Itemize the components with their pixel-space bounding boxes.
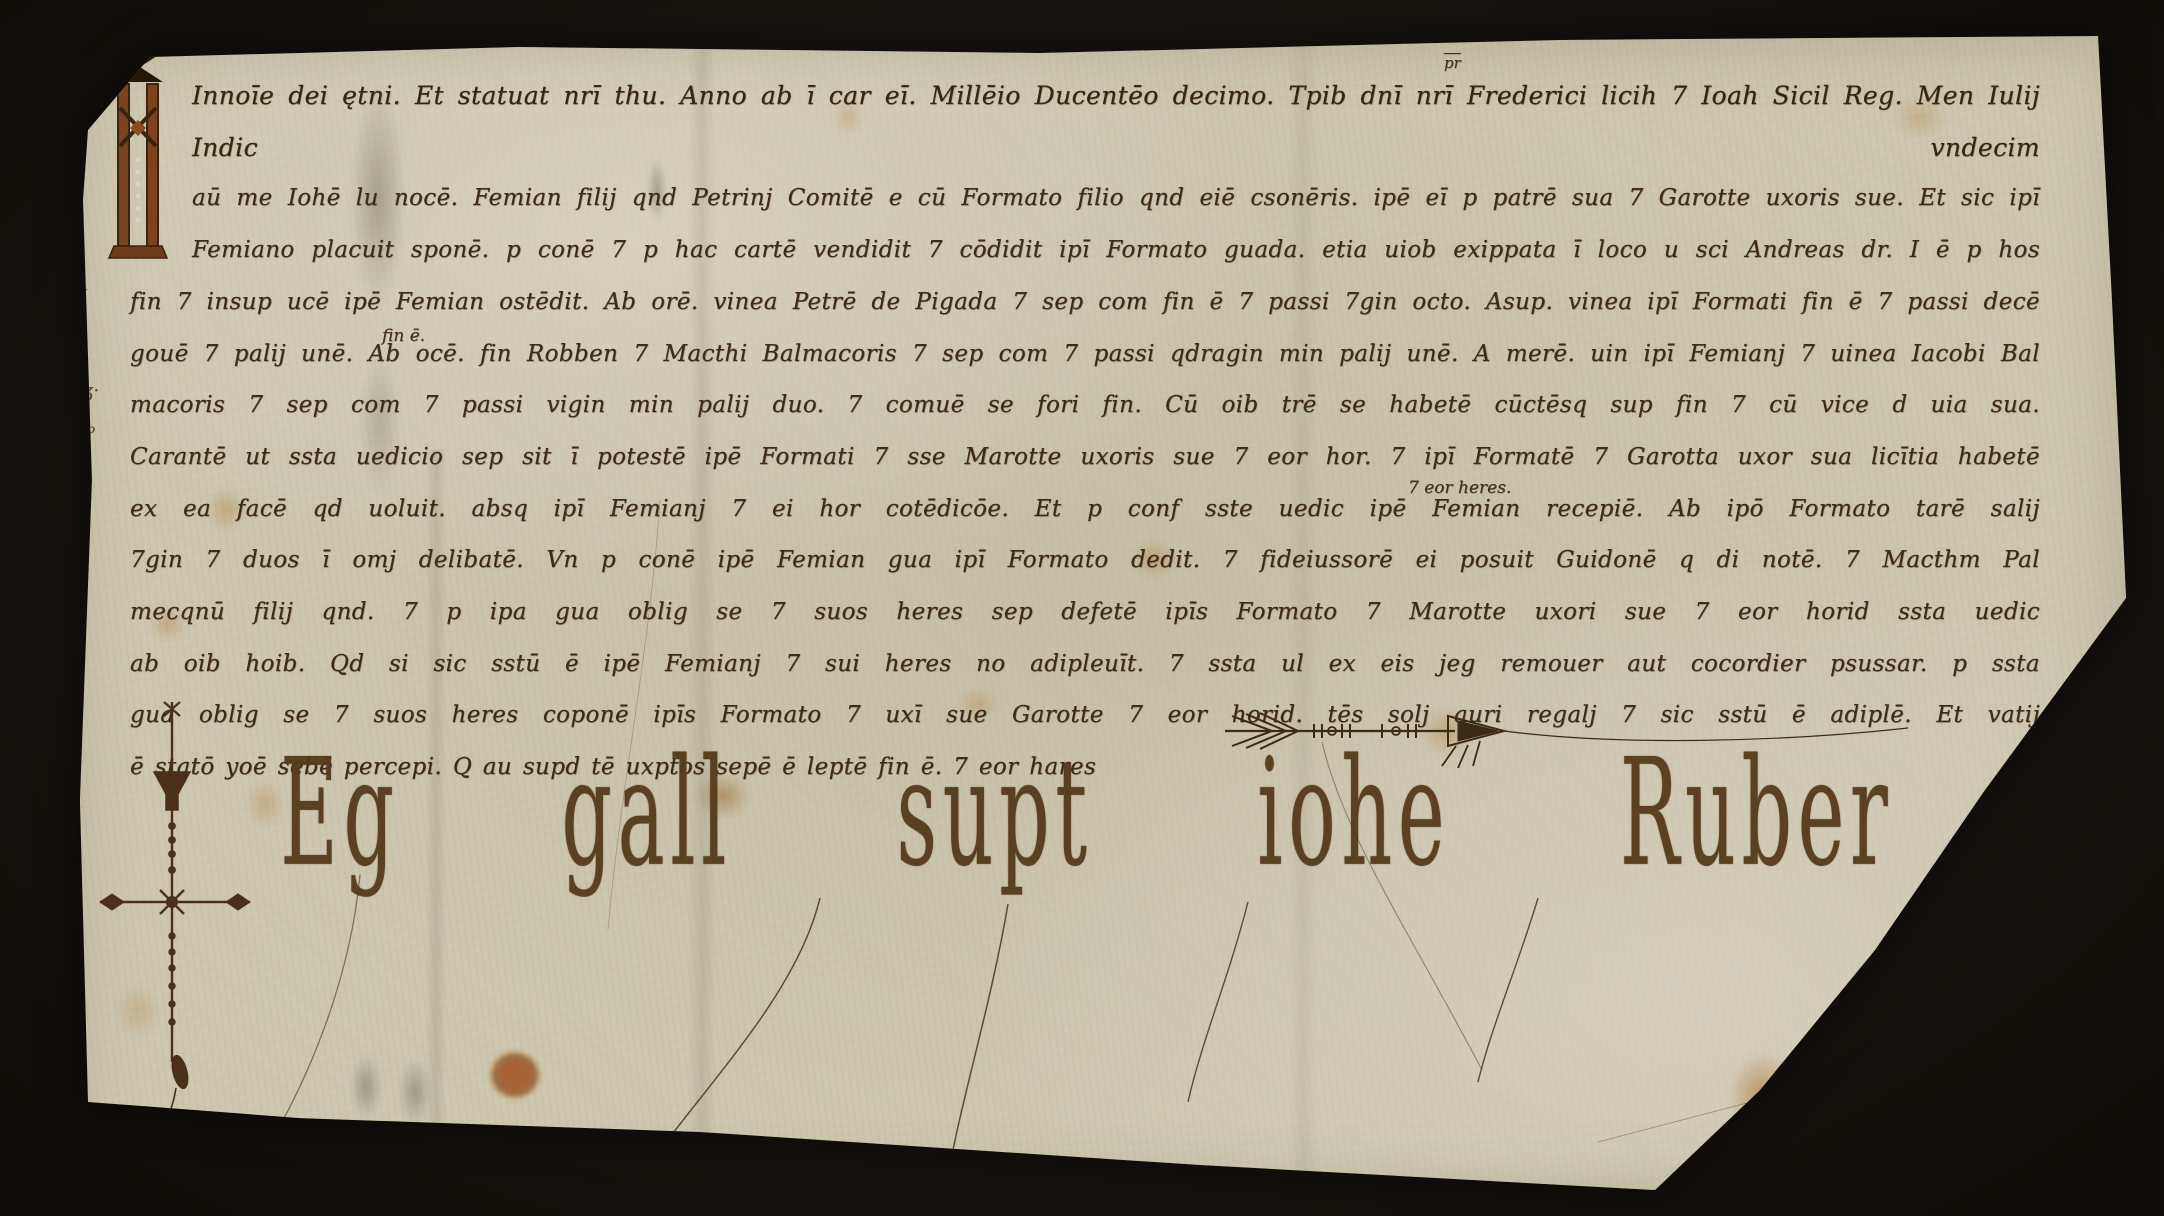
manuscript-line: ex ea facē qd uoluit. absq ipī Femianj 7…: [130, 484, 2040, 536]
manuscript-line: Carantē ut ssta uedicio sep sit ī potest…: [130, 432, 2040, 484]
stain-mark: [1746, 1130, 1790, 1172]
subscription-word: gall: [561, 728, 732, 900]
initial-spacer: [130, 70, 192, 272]
subscription-word: supt: [896, 728, 1092, 900]
marginalia-mark: ʒ: [76, 280, 87, 304]
subscription-word: Eg: [280, 728, 399, 900]
manuscript-line: ab oib hoib. Qd si sic sstū ē ipē Femian…: [130, 639, 2040, 691]
manuscript-line: 7gin 7 duos ī omj delibatē. Vn p conē ip…: [130, 535, 2040, 587]
charter-text: Innoīe dei ętni. Et statuat nrī thu. Ann…: [130, 70, 2040, 794]
manuscript-line: aū me Iohē lu nocē. Femian filij qnd Pet…: [130, 173, 2040, 225]
marginalia-mark: ?: [86, 424, 95, 444]
marginalia-mark: ſt: [66, 91, 86, 118]
interlinear-note: pr: [1444, 54, 1461, 72]
interlinear-note: 7 eor heres.: [1408, 478, 1511, 498]
manuscript-line: mecqnū filij qnd. 7 p ipa gua oblig se 7…: [130, 587, 2040, 639]
manuscript-line: fin 7 insup ucē ipē Femian ostēdit. Ab o…: [130, 277, 2040, 329]
marginalia-mark: ʒ·: [82, 378, 100, 402]
manuscript-line: macoris 7 sep com 7 passi vigin min pali…: [130, 380, 2040, 432]
notary-subscription: Eg gall supt iohe Ruber: [275, 728, 1905, 913]
interlinear-note: fin ē.: [382, 326, 425, 346]
subscription-word: Ruber: [1620, 728, 1893, 900]
subscription-word: iohe: [1258, 728, 1451, 900]
manuscript-line: Innoīe dei ętni. Et statuat nrī thu. Ann…: [130, 70, 2040, 173]
parchment-charter: Innoīe dei ętni. Et statuat nrī thu. Ann…: [60, 30, 2135, 1200]
photo-backdrop: Innoīe dei ętni. Et statuat nrī thu. Ann…: [0, 0, 2164, 1216]
manuscript-line: Femiano placuit sponē. p conē 7 p hac ca…: [130, 225, 2040, 277]
